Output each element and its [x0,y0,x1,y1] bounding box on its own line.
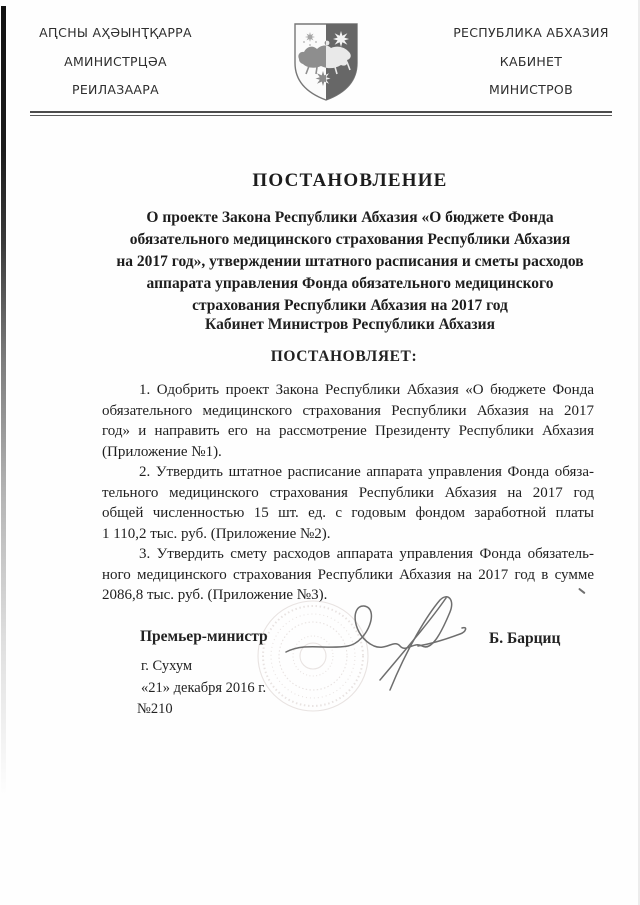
doc-type-title: ПОСТАНОВЛЕНИЕ [105,170,595,192]
paragraph-line: (Приложение №1). [102,442,594,463]
doc-subject-line: аппарата управления Фонда обязательного … [90,273,610,295]
paragraph-line: тельного медицинского страхования Респуб… [102,483,594,504]
doc-subject-line: О проекте Закона Республики Абхазия «О б… [90,207,610,229]
scan-edge-artifact [1,6,6,796]
header-right-block: РЕСПУБЛИКА АБХАЗИЯКАБИНЕТМИНИСТРОВ [440,25,622,111]
signature-mark [268,584,480,699]
doc-subject-line: страхования Республики Абхазия на 2017 г… [90,295,610,317]
paragraph-line: 1. Одобрить проект Закона Республики Абх… [102,380,594,401]
header-left-block: АԤСНЫ АҲӘЫНҬҚАРРААМИНИСТРЦӘАРЕИЛАЗААРА [28,25,203,111]
signer-name: Б. Барциц [489,630,560,648]
doc-subject-line: на 2017 год», утверждении штатного распи… [90,251,610,273]
doc-subject-line: обязательного медицинского страхования Р… [90,229,610,251]
paragraph-line: ного медицинского страхования Республики… [102,565,594,586]
doc-subject: О проекте Закона Республики Абхазия «О б… [90,207,610,317]
date-line: «21» декабря 2016 г. [141,680,266,697]
header-line: КАБИНЕТ [440,54,622,69]
paragraph-line: 1 110,2 тыс. руб. (Приложение №2). [102,524,594,545]
coat-of-arms-icon [291,21,361,103]
header-line: АМИНИСТРЦӘА [28,54,203,69]
issuer-line: Кабинет Министров Республики Абхазия [105,316,595,334]
number-line: №210 [137,701,173,718]
paragraph-line: год» и направить его на рассмотрение Пре… [102,421,594,442]
paragraph-line: общей численностью 15 шт. ед. с годовым … [102,503,594,524]
body-paragraphs: 1. Одобрить проект Закона Республики Абх… [102,380,594,606]
paragraph: 1. Одобрить проект Закона Республики Абх… [102,380,594,462]
signer-title: Премьер-министр [140,628,268,646]
resolves-heading: ПОСТАНОВЛЯЕТ: [105,348,583,366]
header-line: АԤСНЫ АҲӘЫНҬҚАРРА [28,25,203,40]
header-divider-rule [30,111,612,116]
paragraph-line: 3. Утвердить смету расходов аппарата упр… [102,544,594,565]
paragraph-line: 2. Утвердить штатное расписание аппарата… [102,462,594,483]
document-page: АԤСНЫ АҲӘЫНҬҚАРРААМИНИСТРЦӘАРЕИЛАЗААРА [0,0,640,905]
place-line: г. Сухум [141,658,192,675]
paragraph-line: обязательного медицинского страхования Р… [102,401,594,422]
header-line: РЕСПУБЛИКА АБХАЗИЯ [440,25,622,40]
header-line: МИНИСТРОВ [440,82,622,97]
header-line: РЕИЛАЗААРА [28,82,203,97]
paragraph: 2. Утвердить штатное расписание аппарата… [102,462,594,544]
